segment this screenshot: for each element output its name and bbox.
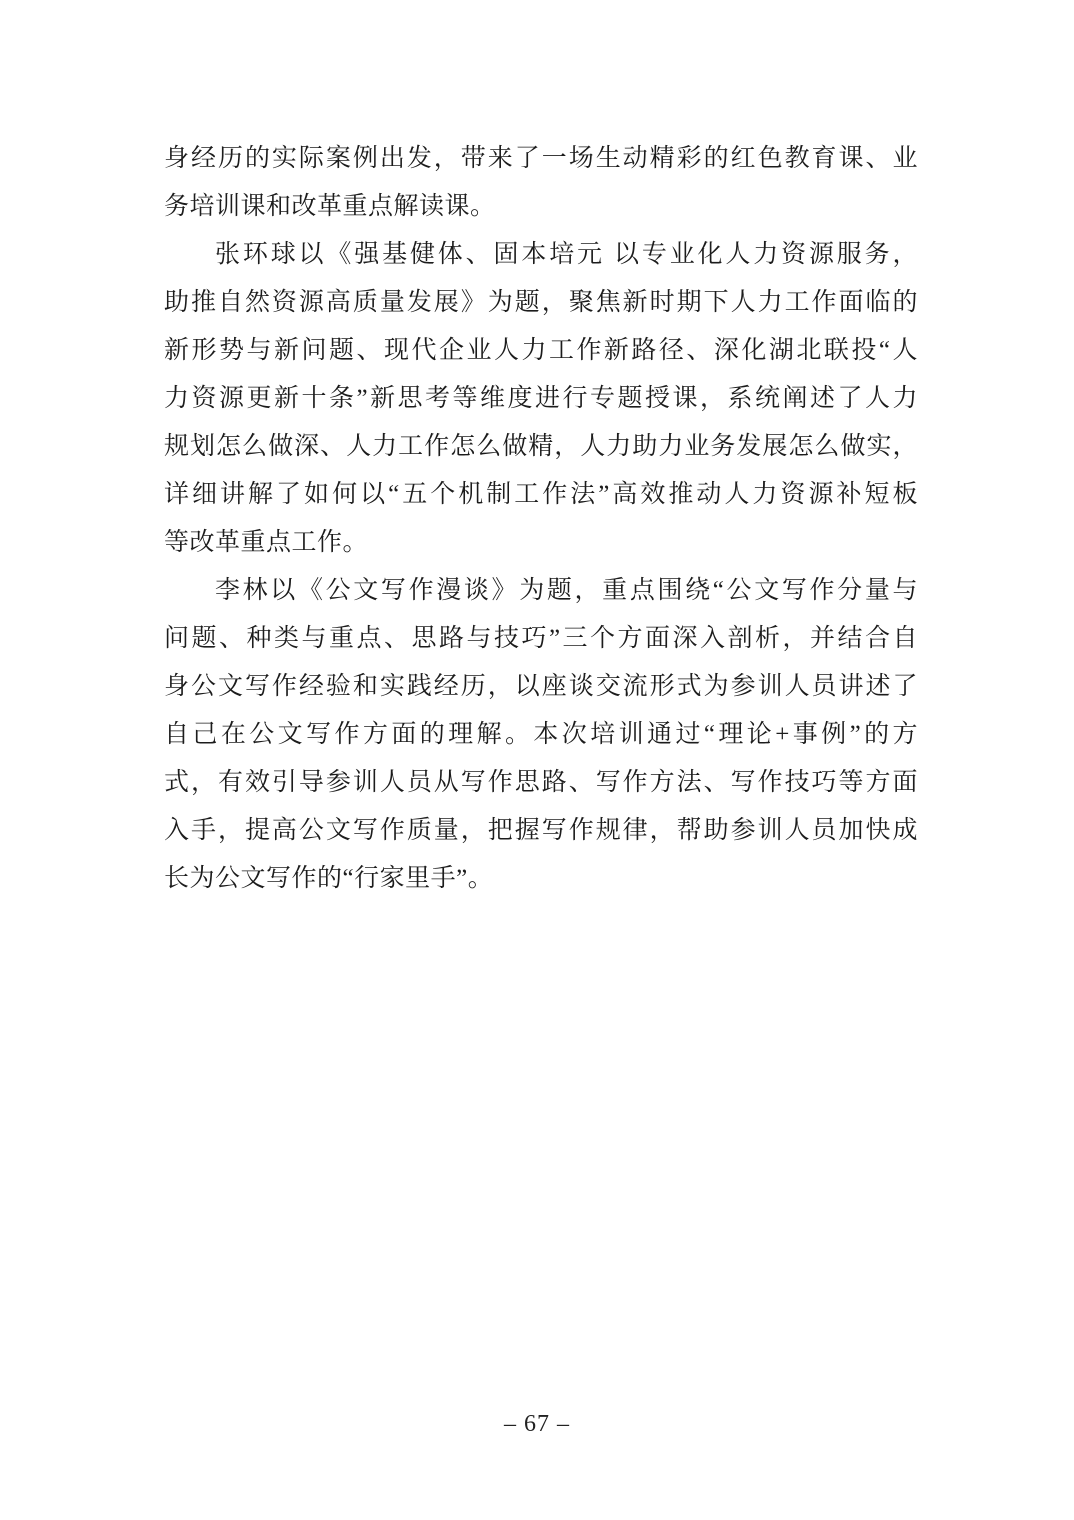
text-line: 李林以《公文写作漫谈》为题，重点围绕“公文写作分量与	[164, 567, 918, 615]
text-line: 详细讲解了如何以“五个机制工作法”高效推动人力资源补短板	[164, 471, 918, 519]
text-line: 新形势与新问题、现代企业人力工作新路径、深化湖北联投“人	[164, 327, 918, 375]
document-page: 身经历的实际案例出发，带来了一场生动精彩的红色教育课、业 务培训课和改革重点解读…	[0, 0, 1074, 1520]
text-line: 身公文写作经验和实践经历，以座谈交流形式为参训人员讲述了	[164, 663, 918, 711]
text-line: 助推自然资源高质量发展》为题，聚焦新时期下人力工作面临的	[164, 279, 918, 327]
text-line: 张环球以《强基健体、固本培元 以专业化人力资源服务，	[164, 231, 918, 279]
text-line: 规划怎么做深、人力工作怎么做精，人力助力业务发展怎么做实，	[164, 423, 918, 471]
text-line: 务培训课和改革重点解读课。	[164, 183, 918, 231]
text-line: 问题、种类与重点、思路与技巧”三个方面深入剖析，并结合自	[164, 615, 918, 663]
paragraph: 身经历的实际案例出发，带来了一场生动精彩的红色教育课、业 务培训课和改革重点解读…	[164, 135, 918, 231]
text-line: 式，有效引导参训人员从写作思路、写作方法、写作技巧等方面	[164, 759, 918, 807]
text-line: 长为公文写作的“行家里手”。	[164, 855, 918, 903]
paragraph: 李林以《公文写作漫谈》为题，重点围绕“公文写作分量与 问题、种类与重点、思路与技…	[164, 567, 918, 903]
page-number: – 67 –	[0, 1408, 1074, 1440]
text-line: 力资源更新十条”新思考等维度进行专题授课，系统阐述了人力	[164, 375, 918, 423]
text-line: 身经历的实际案例出发，带来了一场生动精彩的红色教育课、业	[164, 135, 918, 183]
text-line: 入手，提高公文写作质量，把握写作规律，帮助参训人员加快成	[164, 807, 918, 855]
text-line: 自己在公文写作方面的理解。本次培训通过“理论+事例”的方	[164, 711, 918, 759]
document-body: 身经历的实际案例出发，带来了一场生动精彩的红色教育课、业 务培训课和改革重点解读…	[164, 135, 918, 903]
paragraph: 张环球以《强基健体、固本培元 以专业化人力资源服务， 助推自然资源高质量发展》为…	[164, 231, 918, 567]
text-line: 等改革重点工作。	[164, 519, 918, 567]
